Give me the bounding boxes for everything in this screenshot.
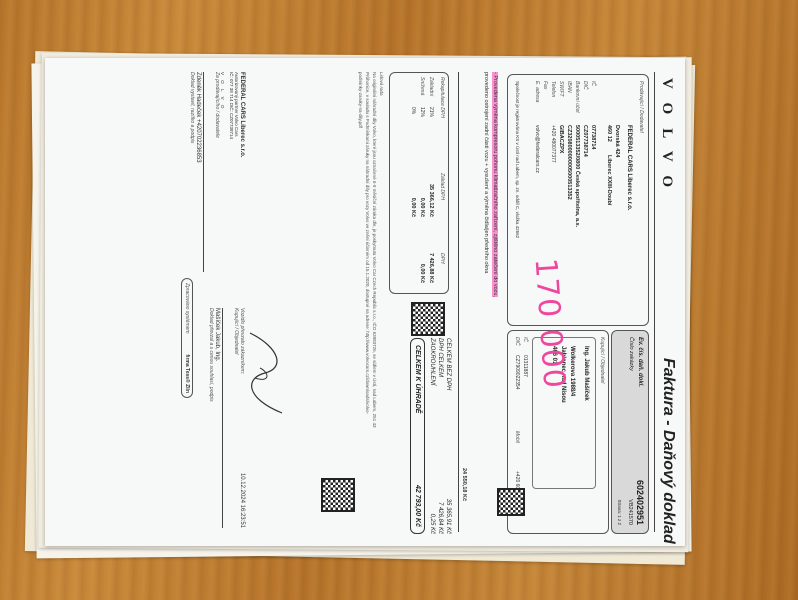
buyer-name: Ing. Jakub Mašíček [583, 346, 589, 401]
order-number: VB241570 [627, 499, 633, 525]
supplier-box: Prodávající / Dodavatel FEDERAL CARS Lib… [507, 74, 649, 326]
total-row: DPH CELKEM7 426,84 Kč [437, 338, 443, 534]
invoice-page: VOLVO Faktura - Daňový doklad Prodávajíc… [45, 58, 685, 546]
handwritten-signature [240, 328, 290, 418]
buyer-heading: Kupující / Objednatel [599, 337, 605, 383]
description-line-1: - Provedena výměna kompresoru pohonu kli… [492, 72, 498, 297]
invoice-number: 602402951 [635, 480, 645, 525]
order-number-label: Číslo zakázky [628, 337, 634, 371]
qr-code-footer [321, 478, 355, 512]
mid-divider [458, 72, 459, 532]
accepted-datetime: 10.12.2024 16:23:51 [239, 473, 245, 528]
invoice-paper: VOLVO Faktura - Daňový doklad Prodávajíc… [45, 58, 685, 546]
buyer-signature-name: Mašíček Jakub, Ing. [214, 308, 223, 528]
supplier-name: FEDERAL CARS Liberec s.r.o. [626, 125, 632, 211]
total-row: ZAOKROUHLENÍ0,25 Kč [429, 338, 435, 534]
buyer-dic: CZ7909022354 [514, 355, 520, 389]
volvo-logo: VOLVO [658, 78, 675, 201]
invoice-number-label: Ev. čís. daň. dokl. [637, 337, 643, 387]
vat-recap-table: Rekapitulace DPH Základ DPH DPH Základní… [389, 72, 449, 294]
total-row: CELKEM BEZ DPH35 365,91 Kč [445, 338, 451, 534]
supplier-heading: Prodávající / Dodavatel [638, 81, 644, 133]
stamp-company: FEDERAL CARS Liberec s.r.o. [239, 72, 245, 272]
vat-row: Snížená 12% 0,00 Kč 0,00 Kč [416, 77, 425, 287]
qr-code-small [497, 488, 525, 516]
header-divider [654, 72, 655, 532]
vat-row: Základní 21% 35 366,12 Kč 7 426,88 Kč [425, 77, 434, 287]
document-title: Faktura - Daňový doklad [659, 358, 677, 544]
vat-rows: Základní 21% 35 366,12 Kč 7 426,88 Kč Sn… [407, 77, 434, 287]
printer-badge: Zpracováno systémem firma Tess® Zlín [181, 278, 193, 398]
subtotal: 24 550,18 Kč [461, 468, 467, 501]
work-description: - Provedena výměna kompresoru pohonu kli… [471, 72, 499, 532]
supplier-zip: 460 12 [606, 125, 612, 142]
supplier-street: Dvorská 424 [614, 125, 620, 157]
qr-code-payment [411, 302, 445, 336]
description-line-2: provedeno ostrojení zadní části vozu + v… [483, 72, 489, 273]
invoice-number-box: Ev. čís. daň. dokl. 602402951 Číslo zaká… [611, 330, 649, 534]
supplier-signature-block: FEDERAL CARS Liberec s.r.o. Autorizovaný… [189, 72, 245, 272]
warranty-note: Lidová rada Na originální náhradní díly … [357, 72, 385, 432]
note-text: Na originální náhradní díly Volvo, které… [357, 72, 378, 432]
vat-row: 0% 0,00 Kč [407, 77, 416, 287]
buyer-ic: 01311887 [522, 355, 528, 377]
supplier-city: Liberec XXIII-Doubí [606, 155, 612, 205]
grand-total: CELKEM K ÚHRADĚ42 793,00 Kč [410, 338, 425, 534]
page-indicator: Strana: 1 z 2 [617, 499, 622, 525]
totals-block: CELKEM BEZ DPH35 365,91 Kč DPH CELKEM7 4… [410, 338, 451, 534]
issuer-name: Zdeněk Hadeček +420702236853 [195, 72, 204, 272]
note-heading: Lidová rada [378, 72, 385, 432]
supplier-registry: Společnost je registrována KS v Ústí nad… [515, 81, 520, 238]
